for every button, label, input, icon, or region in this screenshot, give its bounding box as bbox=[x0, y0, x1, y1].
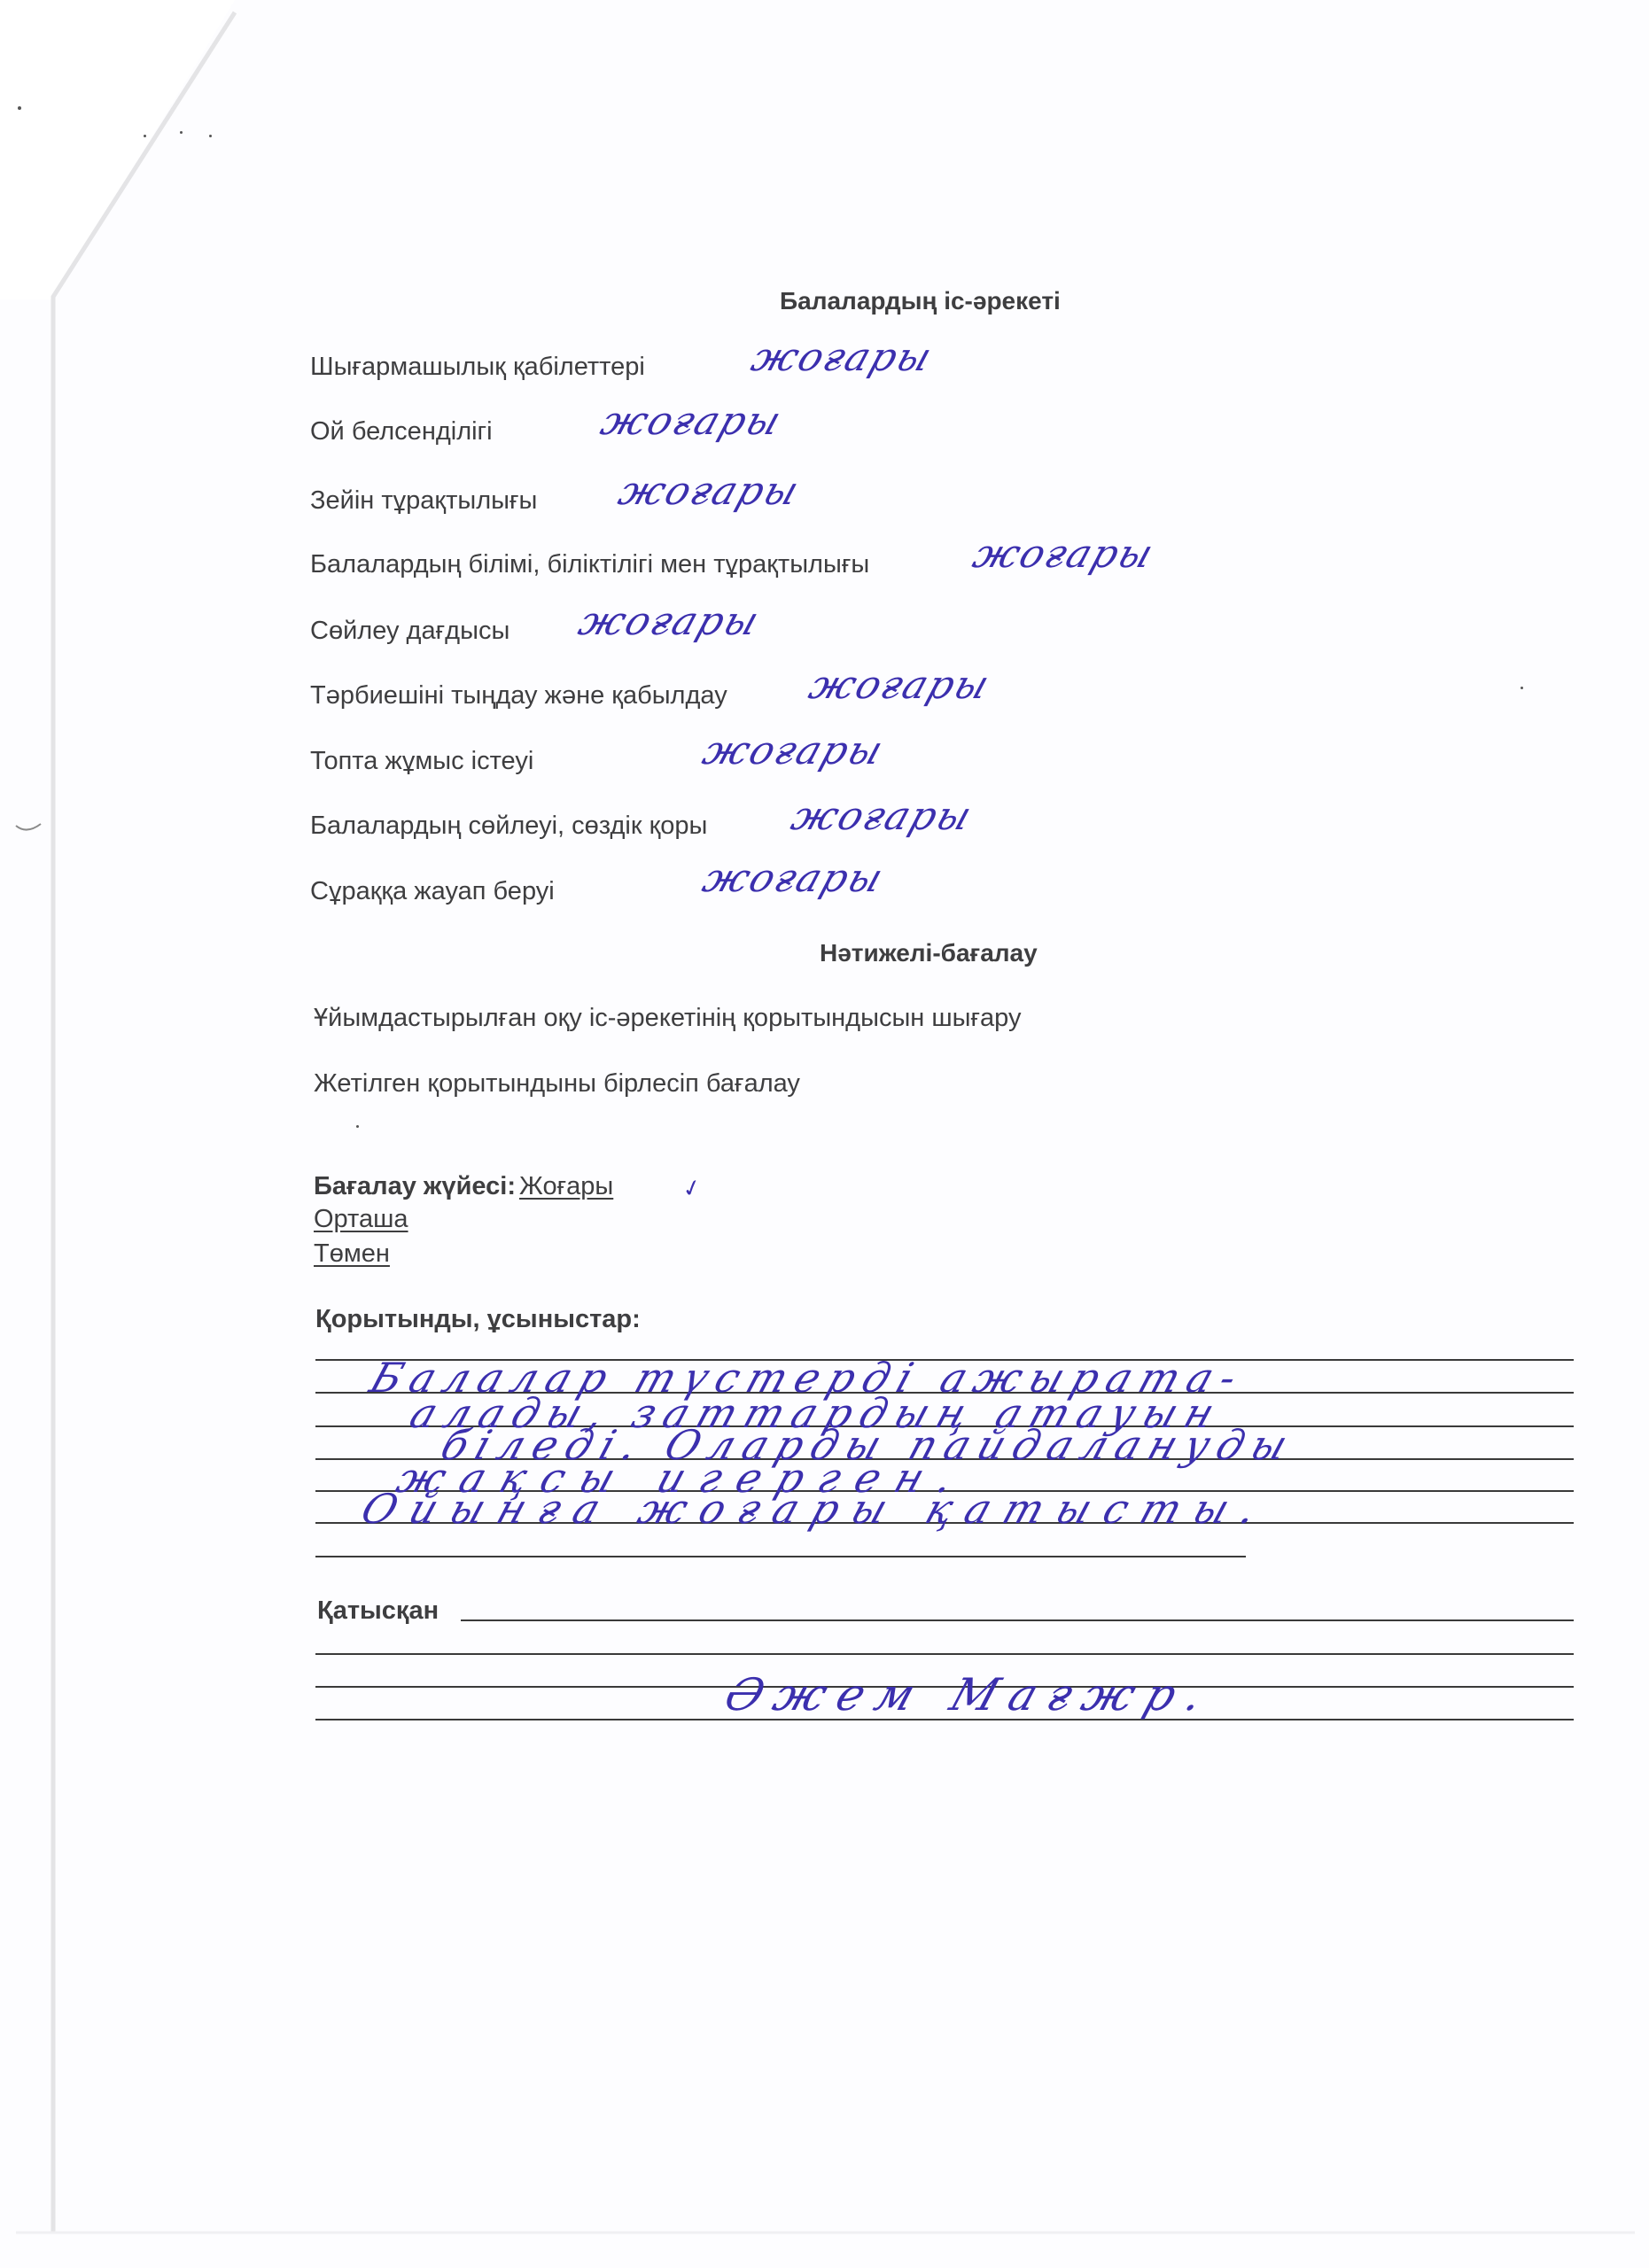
criterion-handwritten-value: жоғары bbox=[747, 338, 937, 377]
criterion-label: Сұраққа жауап беруі bbox=[310, 879, 555, 905]
criterion-handwritten-value: жоғары bbox=[968, 535, 1159, 574]
grading-option-medium: Орташа bbox=[314, 1207, 408, 1232]
scan-speck bbox=[180, 131, 183, 134]
grading-option-low: Төмен bbox=[314, 1241, 390, 1267]
participant-label: Қатысқан bbox=[317, 1598, 439, 1624]
criterion-handwritten-value: жоғары bbox=[596, 402, 787, 441]
result-item: Ұйымдастырылған оқу іс-әрекетінің қорыты… bbox=[314, 1006, 1021, 1031]
criterion-handwritten-value: жоғары bbox=[698, 859, 889, 898]
scan-speck bbox=[209, 135, 212, 137]
writing-line bbox=[461, 1619, 1574, 1621]
scan-speck bbox=[18, 106, 21, 110]
criterion-label: Шығармашылық қабілеттері bbox=[310, 354, 645, 380]
check-mark-icon: ✓ bbox=[679, 1173, 704, 1205]
section-title-result: Нәтижелі-бағалау bbox=[820, 941, 1038, 966]
criterion-label: Тәрбиешіні тыңдау және қабылдау bbox=[310, 683, 727, 709]
conclusion-handwriting: Ойынға жоғары қатысты. bbox=[357, 1488, 1276, 1529]
section-title-activity: Балалардың іс-әрекеті bbox=[780, 289, 1061, 314]
writing-line bbox=[315, 1653, 1574, 1655]
result-item: Жетілген қорытындыны бірлесіп бағалау bbox=[314, 1071, 800, 1097]
criterion-handwritten-value: жоғары bbox=[805, 666, 995, 705]
grading-option-high: Жоғары bbox=[519, 1174, 613, 1200]
writing-line bbox=[315, 1556, 1246, 1557]
criterion-label: Балалардың білімі, біліктілігі мен тұрақ… bbox=[310, 552, 869, 578]
criterion-label: Сөйлеу дағдысы bbox=[310, 618, 509, 644]
criterion-label: Зейін тұрақтылығы bbox=[310, 488, 537, 514]
criterion-label: Топта жұмыс істеуі bbox=[310, 749, 533, 774]
criterion-label: Балалардың сөйлеуі, сөздік қоры bbox=[310, 813, 707, 839]
scan-speck bbox=[356, 1125, 359, 1128]
participant-signature: Әжем Мағжр. bbox=[719, 1673, 1221, 1717]
criterion-handwritten-value: жоғары bbox=[614, 472, 805, 511]
scanned-form-page: Балалардың іс-әрекеті Шығармашылық қабіл… bbox=[0, 0, 1649, 2268]
grading-label: Бағалау жүйесі: bbox=[314, 1174, 516, 1200]
criterion-handwritten-value: жоғары bbox=[574, 602, 765, 641]
scan-speck bbox=[144, 135, 146, 137]
criterion-handwritten-value: жоғары bbox=[787, 797, 977, 836]
criterion-handwritten-value: жоғары bbox=[698, 732, 889, 771]
criterion-label: Ой белсенділігі bbox=[310, 419, 493, 445]
scan-speck bbox=[1521, 687, 1523, 689]
conclusion-label: Қорытынды, ұсыныстар: bbox=[315, 1307, 641, 1332]
